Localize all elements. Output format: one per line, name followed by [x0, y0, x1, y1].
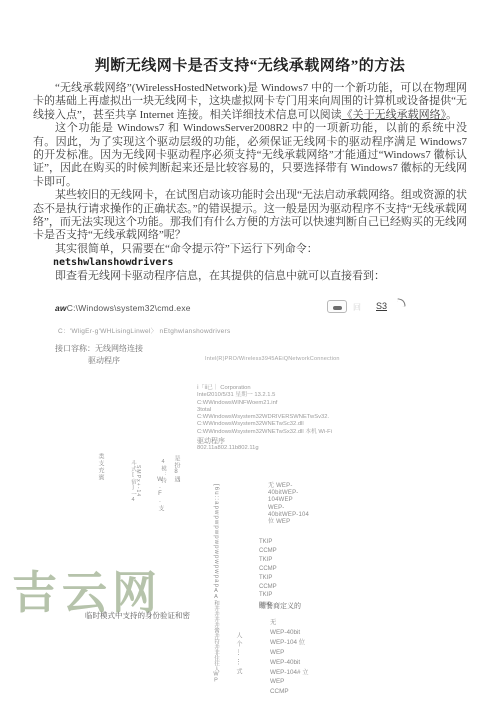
- vertical-cjk-column: AA和井井井井酱井符井非住往人WP: [213, 588, 219, 684]
- vertical-dots-column: 人个⋮⋮式: [234, 632, 243, 677]
- list-line: TKIP: [259, 556, 277, 565]
- vertical-rotated-string: [6u::apwpwpwpwpwpwpwpap: [213, 484, 219, 588]
- curl-icon: [396, 298, 406, 306]
- paragraph-text: 。: [446, 109, 457, 121]
- driver-label: 驱动程序: [88, 355, 120, 366]
- driver-value: Intel(R)PRO/Wireless3945AEiQNetworkConne…: [205, 356, 340, 362]
- list-line: WEP-: [268, 505, 309, 512]
- list-line: 位 WEP: [268, 519, 309, 526]
- cipher-block: TKIPCCMPTKIPCCMPTKIPCCMPTKIPprup: [259, 538, 277, 609]
- interface-name-line: 接口容称：无线网络连接: [55, 343, 143, 354]
- list-line: CCMP: [259, 583, 277, 592]
- paragraph-howto: 其实很简单，只需要在“命令提示符”下运行下列命令：: [33, 243, 467, 256]
- list-line: TKIP: [259, 538, 277, 547]
- s3-label: S3: [376, 301, 387, 311]
- driver-info-block: ⅰ「ⅱ已｜ CorporationIntel2010/5/31 星期一 13.2…: [197, 385, 332, 436]
- list-line: WEP-104# 立: [270, 668, 309, 678]
- list-line: C:WWindowsWsystem32WNETwSc32.dll: [197, 421, 332, 428]
- list-line: CCMP: [259, 565, 277, 574]
- document-title: 判断无线网卡是否支持“无线承载网络”的方法: [0, 54, 500, 75]
- adhoc-mode-note: 临时模式中支持的身份验证和密: [85, 610, 190, 621]
- minimize-icon: [327, 300, 347, 313]
- custom-defined-note: 曪餐商定义的: [259, 601, 301, 611]
- paragraph-feature: 这个功能是 Windows7 和 WindowsServer2008R2 中的一…: [33, 122, 467, 189]
- list-line: C:WWindowsWsystem32WNETwSx32.dll 本机 Wi-F…: [197, 429, 332, 436]
- document-page: 吉云网 判断无线网卡是否支持“无线承载网络”的方法 “无线承载网络”(Wirel…: [0, 0, 500, 708]
- wep-block-1: 无 WEP-40bitWEP-104WEPWEP-40bitWEP-104位 W…: [268, 483, 309, 526]
- hosted-network-link[interactable]: 《关于无线承载网络》: [342, 109, 447, 121]
- vertical-text-col2b: W.F.支: [156, 477, 165, 512]
- list-line: Intel2010/5/31 星期一 13.2.1.5: [197, 392, 332, 399]
- vertical-text-col3: 是扮8遇: [172, 455, 181, 483]
- list-line: WEP-40bit: [270, 658, 309, 668]
- list-line: 104WEP: [268, 497, 309, 504]
- list-line: CCMP: [270, 687, 309, 697]
- list-line: TKIP: [259, 574, 277, 583]
- paragraph-error: 某些较旧的无线网卡，在试图启动该功能时会出现“无法启动承载网络。组或资源的状态不…: [33, 189, 467, 243]
- list-line: WEP-104 位: [270, 638, 309, 648]
- paragraph-intro: “无线承载网络”(WirelessHostedNetwork)是 Windows…: [33, 82, 467, 122]
- list-line: 3total: [197, 407, 332, 414]
- list-line: 40bitWEP-: [268, 490, 309, 497]
- vertical-text-far-left: 类支充賓: [96, 453, 105, 481]
- window-ghost-icon: 回: [353, 302, 361, 313]
- cmd-screenshot: awC:\Windows\system32\cmd.exe 回 S3 C：'Wl…: [0, 298, 500, 708]
- list-line: CCMP: [259, 547, 277, 556]
- list-line: TKIP: [259, 591, 277, 600]
- article-body: “无线承载网络”(WirelessHostedNetwork)是 Windows…: [33, 82, 467, 284]
- paragraph-result: 即查看无线网卡驱动程序信息，在其提供的信息中就可以直接看到：: [33, 270, 467, 283]
- vertical-text-col1b: SMPx+-14: [135, 465, 141, 497]
- list-line: WEP: [270, 677, 309, 687]
- radio-types-line: 802.11a802.11b802.11g: [197, 445, 259, 451]
- list-line: 无: [270, 618, 309, 628]
- cmd-title-path: C:\Windows\system32\cmd.exe: [67, 303, 191, 313]
- wep-block-2: 无WEP-40bitWEP-104 位WEPWEP-40bitWEP-104# …: [270, 618, 309, 697]
- list-line: C:WWindowsWsystem32WDRIVERSWNETwSv32.: [197, 414, 332, 421]
- list-line: WEP-40bit: [270, 628, 309, 638]
- list-line: 40bitWEP-104: [268, 512, 309, 519]
- list-line: 无 WEP-: [268, 483, 309, 490]
- cmd-title: awC:\Windows\system32\cmd.exe: [55, 303, 191, 313]
- list-line: WEP: [270, 648, 309, 658]
- cmd-prompt-line: C：'WligEr-g'WHLisingLinwel〉 nEtghwlansho…: [58, 326, 231, 335]
- command-text: netshwlanshowdrivers: [33, 256, 467, 270]
- cmd-title-prefix: aw: [55, 303, 67, 313]
- list-line: C:WWindowsWINFWoem21.inf: [197, 400, 332, 407]
